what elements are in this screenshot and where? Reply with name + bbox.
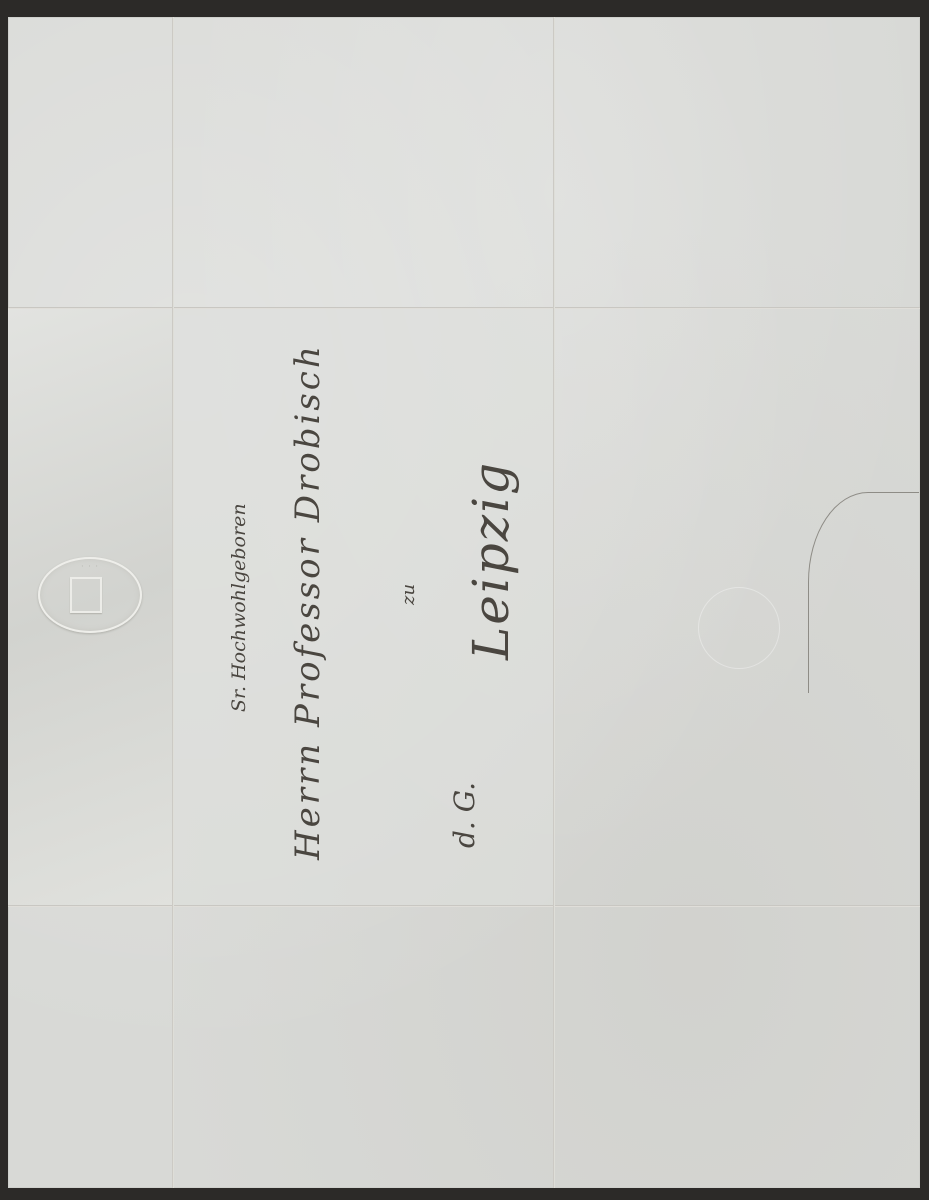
wax-seal-icon: · · · [38,557,142,633]
fold-line-right [553,17,555,1188]
fold-line-bottom [8,905,920,907]
address-preposition: zu [398,584,419,605]
fold-line-left [172,17,174,1188]
address-recipient: Herrn Professor Drobisch [288,343,328,860]
address-city: Leipzig [462,461,520,660]
faint-postmark-icon [698,587,780,669]
seal-inscription: · · · [40,562,140,571]
address-salutation: Sr. Hochwohlgeboren [228,503,250,712]
fold-line-top [8,307,920,309]
paper-tear [808,492,919,693]
delivery-note: d. G. [448,782,481,848]
coat-of-arms-icon [70,577,102,613]
